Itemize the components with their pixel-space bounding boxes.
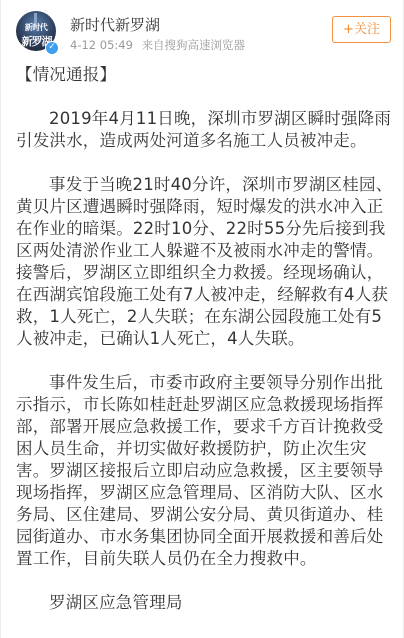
verified-badge-icon: ✓ [45, 41, 59, 55]
paragraph-incident: 事发于当晚21时40分许，深圳市罗湖区桂园、黄贝片区遭遇瞬时强降雨，短时爆发的洪… [16, 174, 396, 350]
post-meta: 4-12 05:49 来自搜狗高速浏览器 [70, 37, 250, 53]
follow-button[interactable]: +关注 [332, 16, 391, 43]
author-name[interactable]: 新时代新罗湖 [70, 14, 160, 35]
post-timestamp: 4-12 05:49 [70, 38, 133, 52]
paragraph-summary: 2019年4月11日晚，深圳市罗湖区瞬时强降雨引发洪水，造成两处河道多名施工人员… [16, 108, 396, 152]
post-header: 新时代 新罗湖 ✓ 新时代新罗湖 4-12 05:49 来自搜狗高速浏览器 +关… [1, 0, 404, 62]
paragraph-response: 事件发生后，市委市政府主要领导分别作出批示指示，市长陈如桂赶赴罗湖区应急救援现场… [16, 372, 396, 570]
post-source: 来自搜狗高速浏览器 [142, 38, 246, 52]
post-body: 【情况通报】 2019年4月11日晚，深圳市罗湖区瞬时强降雨引发洪水，造成两处河… [16, 64, 396, 614]
avatar-text-top: 新时代 [16, 22, 56, 33]
post-title: 【情况通报】 [16, 64, 396, 86]
signature: 罗湖区应急管理局 [16, 592, 396, 614]
